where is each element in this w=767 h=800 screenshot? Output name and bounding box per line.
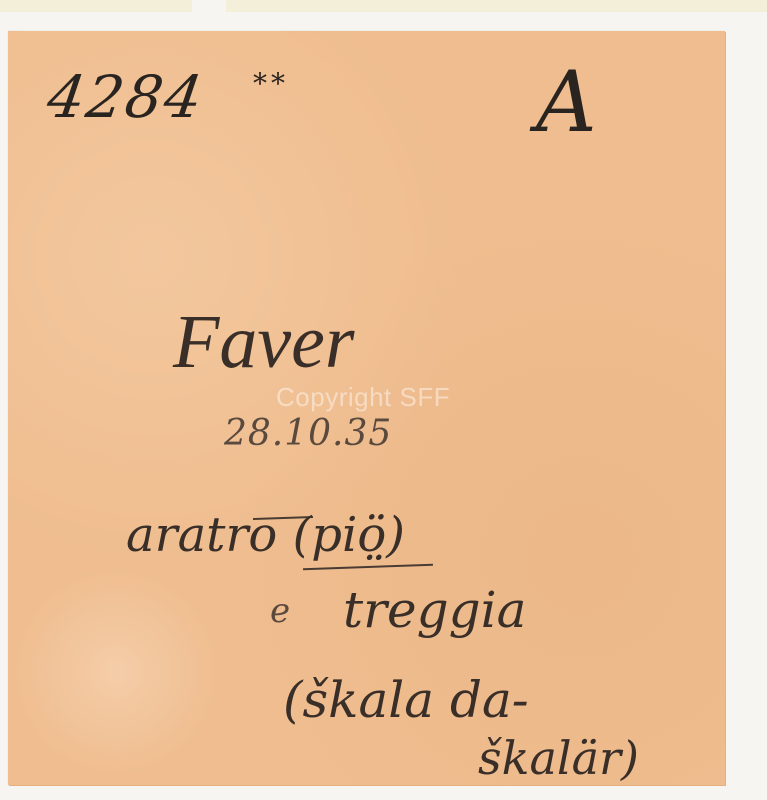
term-line-4: škalär) <box>478 731 639 785</box>
term-line-3: (škala da- <box>283 671 529 729</box>
term-line-1: aratro (piö̤) <box>126 507 405 563</box>
catalog-number: 4284 <box>43 63 208 131</box>
category-letter: A <box>536 53 597 151</box>
star-marks: ** <box>253 67 289 100</box>
date: 28.10.35 <box>224 413 392 454</box>
copyright-watermark: Copyright SFF <box>276 382 450 413</box>
place-name: Faver <box>173 299 354 386</box>
conjunction: e <box>270 591 290 631</box>
term-line-2: treggia <box>343 581 526 639</box>
top-paper-strip <box>0 0 767 12</box>
overbar-mark <box>303 564 433 571</box>
